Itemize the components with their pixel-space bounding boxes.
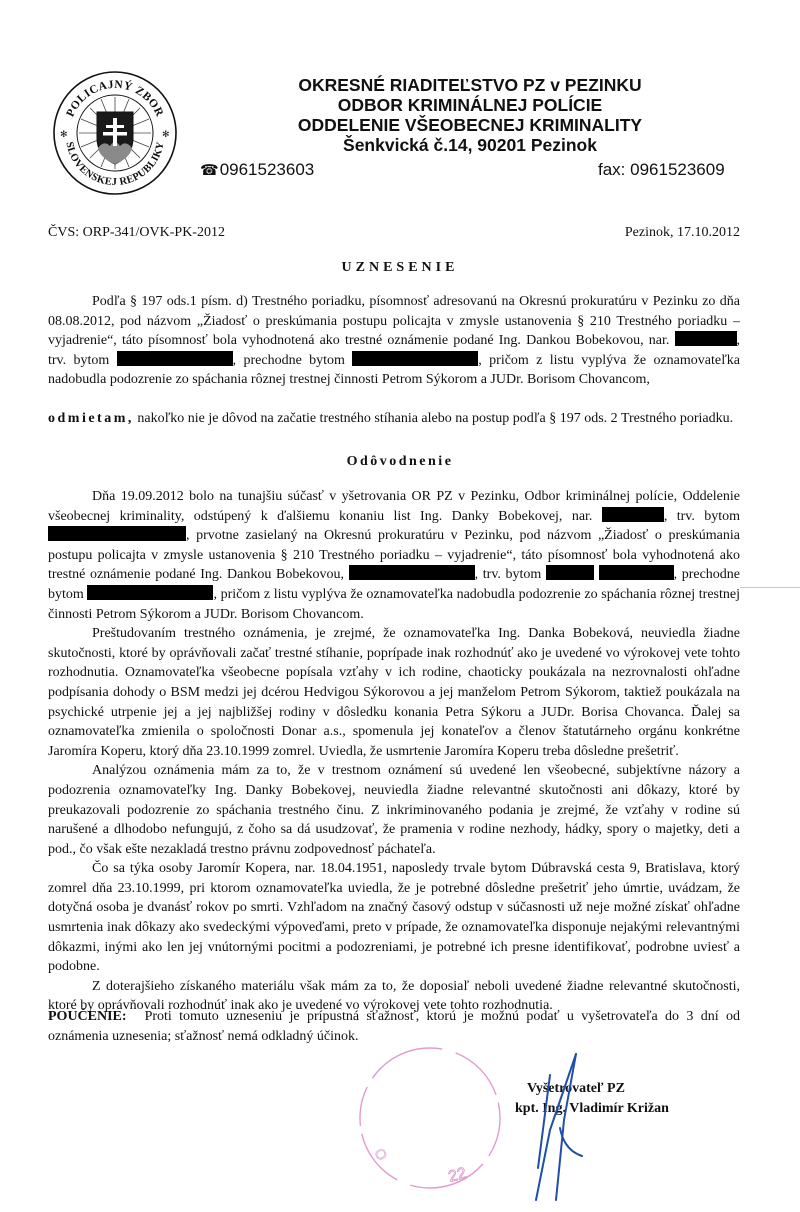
document-title: UZNESENIE: [0, 260, 800, 276]
org-address: Šenkvická č.14, 90201 Pezinok: [240, 135, 700, 155]
decision-paragraph: odmietam, nakoľko nie je dôvod na začati…: [48, 409, 740, 429]
reasoning-paragraph: Dňa 19.09.2012 bolo na tunajšiu súčasť v…: [48, 487, 740, 624]
handwritten-signature-icon: [530, 1050, 610, 1210]
redacted-birthdate: [349, 565, 475, 580]
redacted-address: [599, 565, 674, 580]
place-date: Pezinok, 17.10.2012: [625, 225, 740, 241]
svg-text:✻: ✻: [60, 129, 68, 139]
instruction-label: POUČENIE:: [48, 1009, 127, 1024]
document-page: POLICAJNÝ ZBOR SLOVENSKEJ REPUBLIKY ✻ ✻ …: [0, 0, 800, 1212]
organization-header: OKRESNÉ RIADITEĽSTVO PZ v PEZINKU ODBOR …: [240, 75, 700, 155]
phone-number: ☎0961523603: [200, 160, 314, 180]
case-reference: ČVS: ORP-341/OVK-PK-2012: [48, 225, 225, 241]
redacted-address: [546, 565, 594, 580]
telephone-icon: ☎: [200, 162, 219, 179]
redacted-birthdate: [675, 331, 737, 346]
reasoning-section: Dňa 19.09.2012 bolo na tunajšiu súčasť v…: [48, 487, 740, 1016]
redacted-address: [87, 585, 213, 600]
reasoning-paragraph: Čo sa týka osoby Jaromír Kopera, nar. 18…: [48, 859, 740, 977]
org-line: ODBOR KRIMINÁLNEJ POLÍCIE: [240, 95, 700, 115]
org-line: OKRESNÉ RIADITEĽSTVO PZ v PEZINKU: [240, 75, 700, 95]
redacted-birthdate: [602, 507, 664, 522]
redacted-address: [352, 351, 478, 366]
police-emblem-icon: POLICAJNÝ ZBOR SLOVENSKEJ REPUBLIKY ✻ ✻: [52, 70, 178, 196]
redacted-address: [117, 351, 233, 366]
intro-paragraph: Podľa § 197 ods.1 písm. d) Trestného por…: [48, 292, 740, 390]
scan-artifact-line: [740, 587, 800, 588]
decision-verb: odmietam,: [48, 411, 134, 426]
fax-number: fax: 0961523609: [598, 160, 725, 180]
reasoning-paragraph: Analýzou oznámenia mám za to, že v trest…: [48, 761, 740, 859]
official-stamp-icon: 22 O: [352, 1040, 522, 1200]
svg-text:✻: ✻: [162, 129, 170, 139]
svg-text:22: 22: [447, 1165, 469, 1186]
reasoning-paragraph: Preštudovaním trestného oznámenia, je zr…: [48, 624, 740, 761]
redacted-address: [48, 526, 186, 541]
org-line: ODDELENIE VŠEOBECNEJ KRIMINALITY: [240, 115, 700, 135]
reasoning-title: Odôvodnenie: [0, 454, 800, 470]
